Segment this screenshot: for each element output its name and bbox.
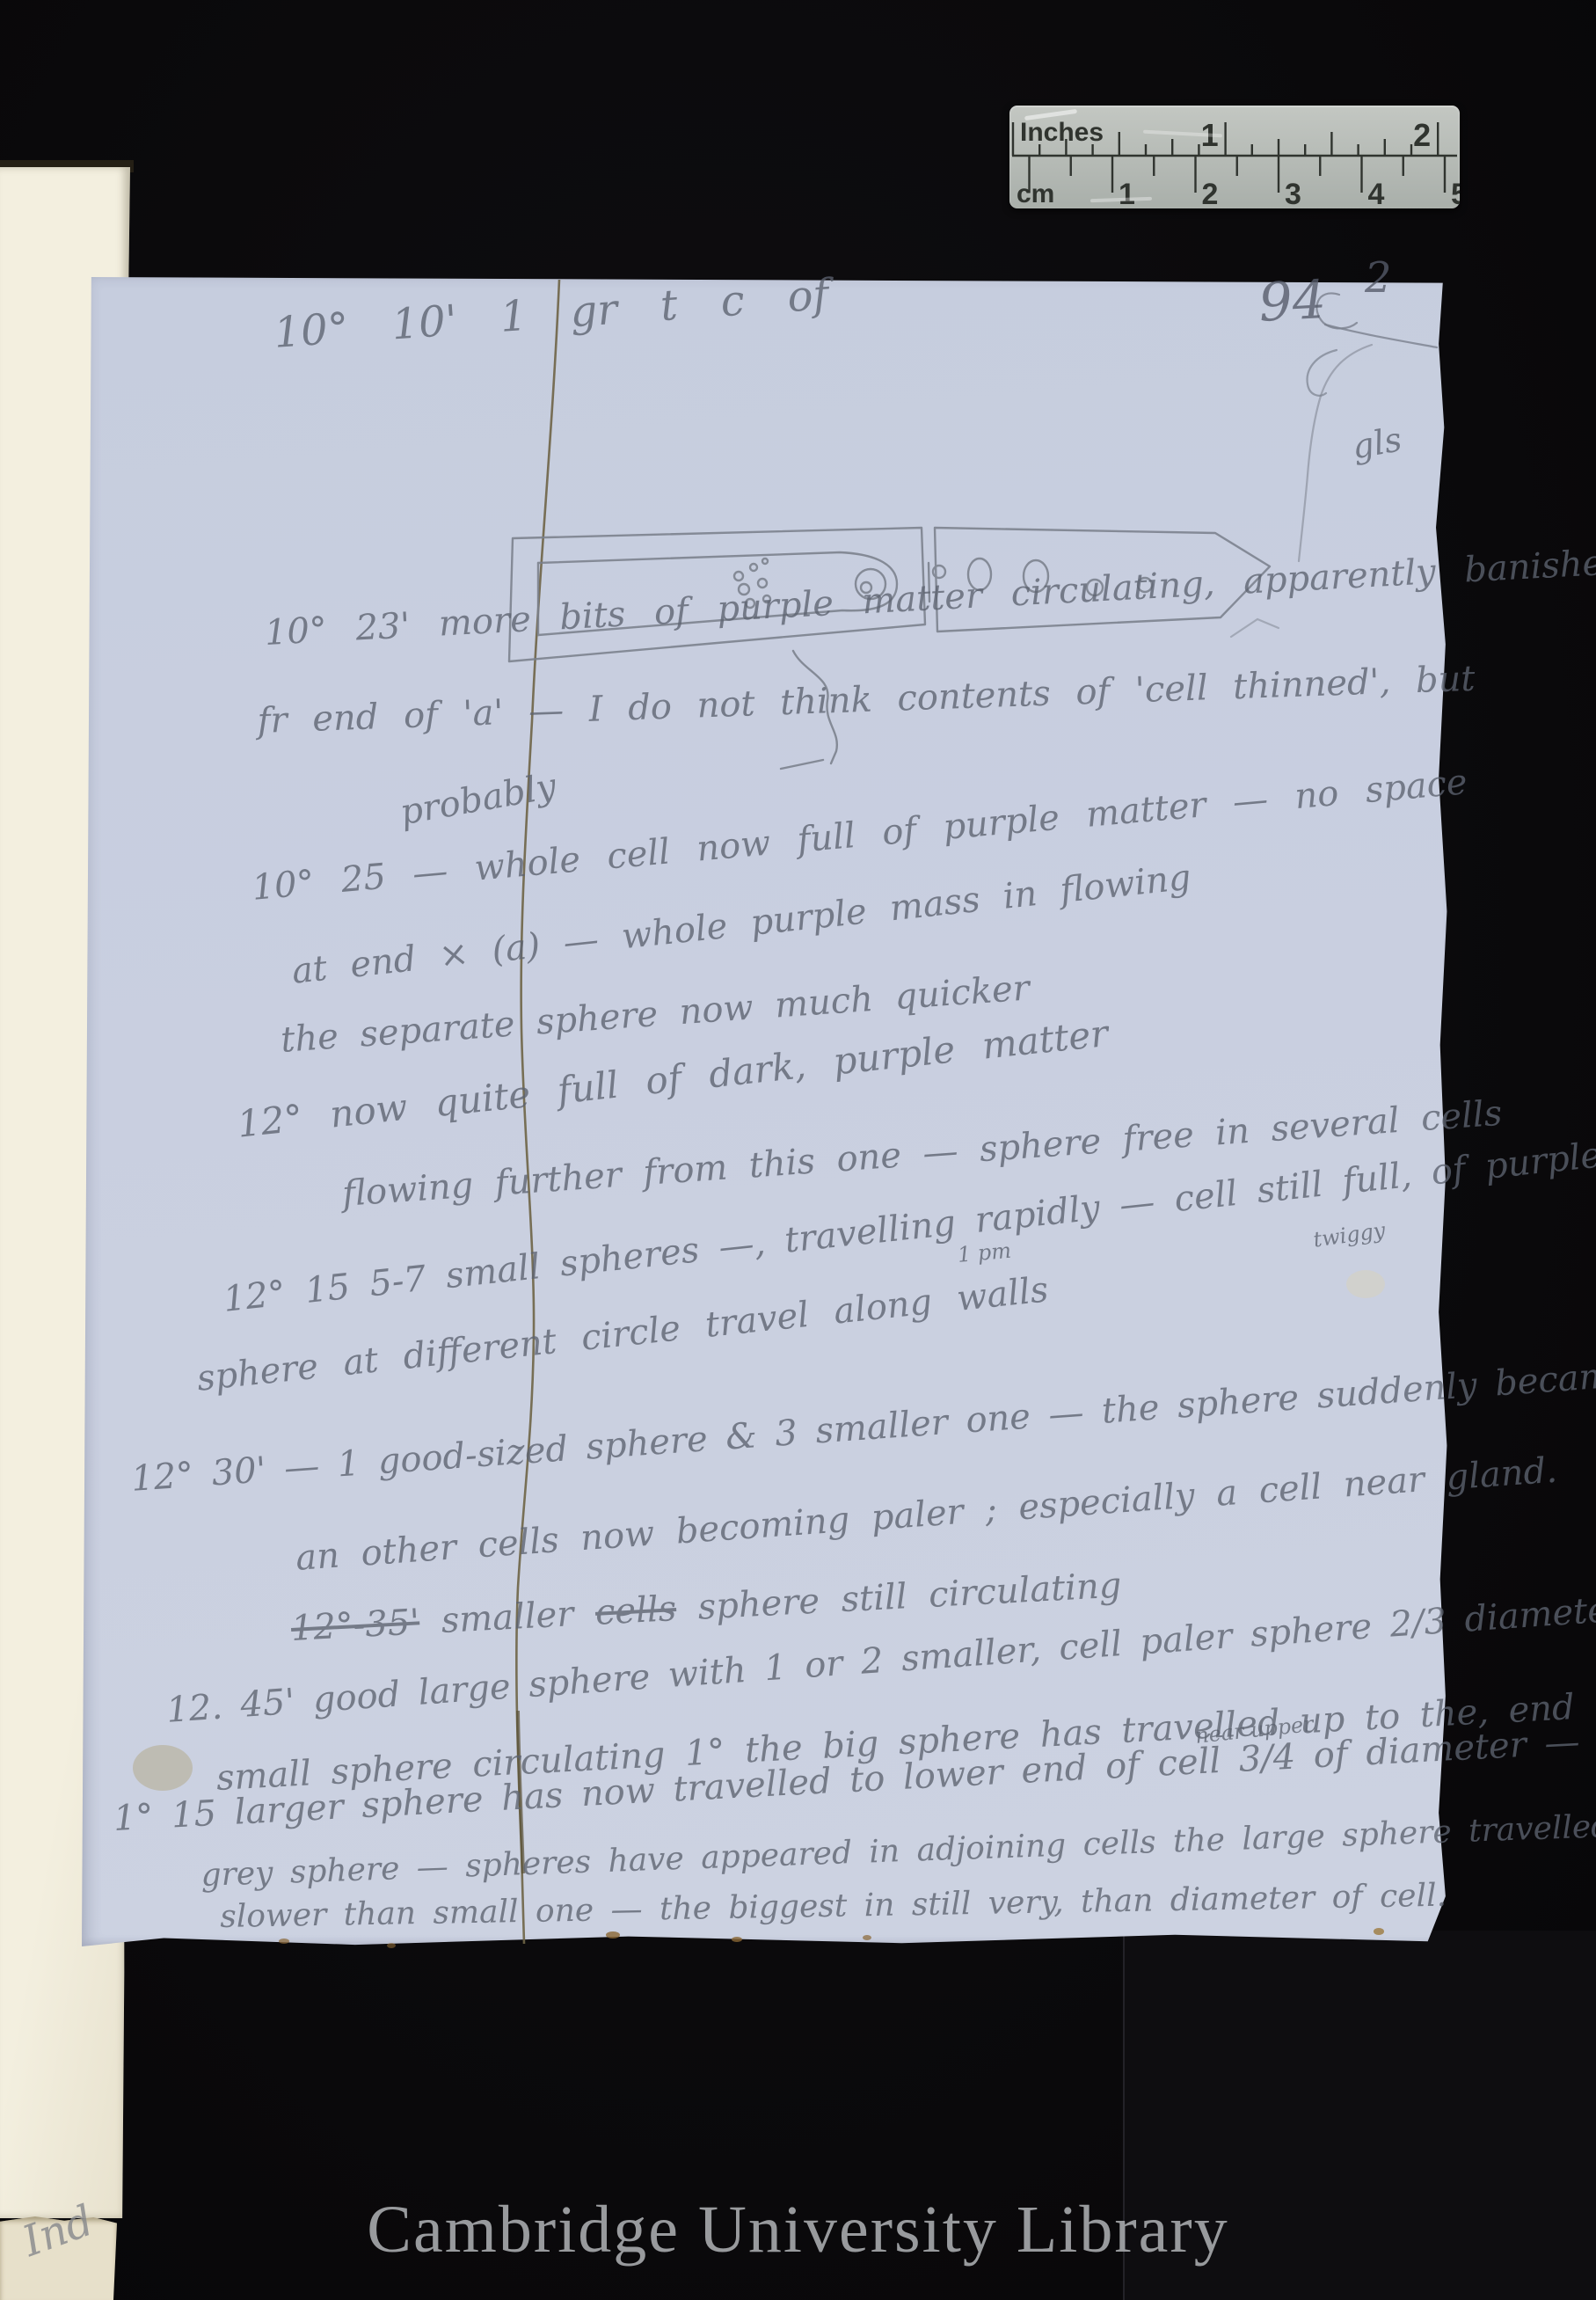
handwriting-corner-number: 2 xyxy=(1365,257,1392,299)
handwriting-folio-number: 94 xyxy=(1257,274,1327,330)
handwriting-line-probably: probably xyxy=(397,769,558,831)
photographed-manuscript-scan: 12Inches12345cm 10° 10' 1 gr t c of 942g… xyxy=(0,0,1596,2300)
handwriting-layer: 10° 10' 1 gr t c of 942gls10° 23' more b… xyxy=(0,0,1596,2300)
header-time-note: 10° 10' 1 gr t c of xyxy=(273,274,830,354)
handwriting-insert-twiggy: twiggy xyxy=(1312,1220,1387,1251)
handwriting-line-1023: 10° 23' more bits of purple matter circu… xyxy=(264,544,1596,651)
handwriting-line-115c: slower than small one — the biggest in s… xyxy=(220,1880,1447,1933)
handwriting-line-1025: 10° 25 — whole cell now full of purple m… xyxy=(251,764,1468,906)
handwriting-side-note: gls xyxy=(1350,422,1404,464)
library-watermark: Cambridge University Library xyxy=(0,2192,1596,2268)
handwriting-line-1023b: fr end of 'a' — I do not think contents … xyxy=(257,661,1476,739)
handwriting-insert-1pm: 1 pm xyxy=(957,1240,1012,1266)
